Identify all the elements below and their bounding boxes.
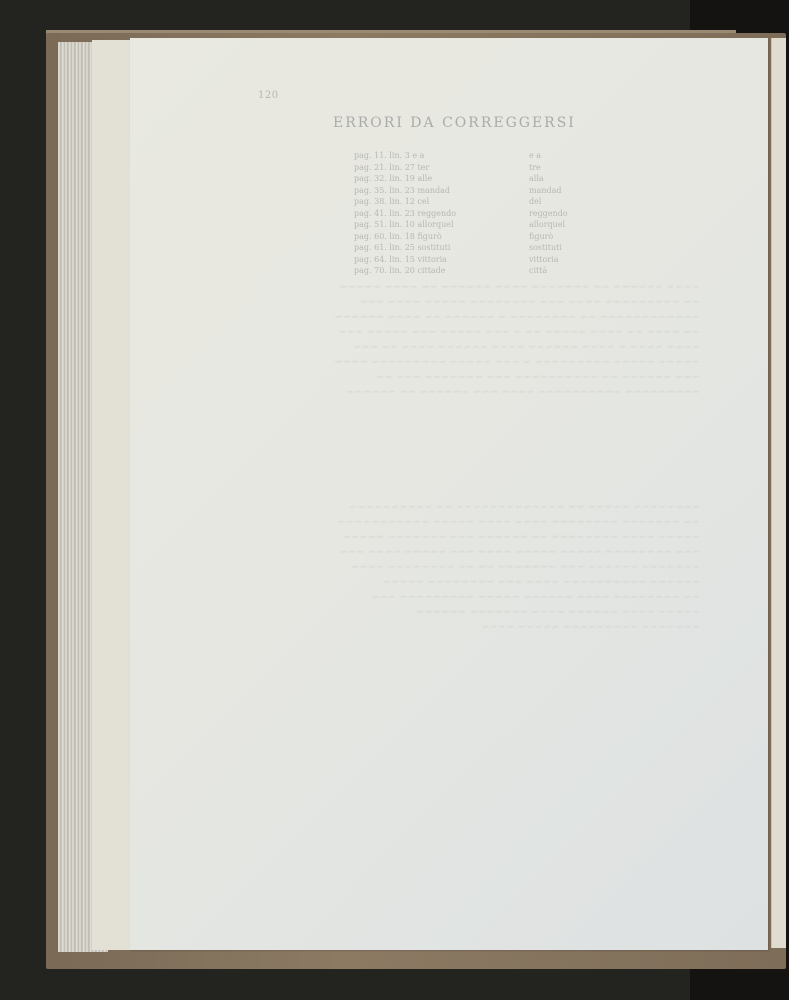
- errata-ref: pag. 70. lin. 20 cittade: [354, 265, 529, 277]
- bleed-line: ~~~ ~~~~~~ ~~ ~~~~~~~~~~ ~~~ ~~~~~~~ ~~~…: [240, 370, 700, 385]
- errata-row: pag. 61. lin. 25 sostitutisostituti: [354, 242, 589, 254]
- errata-row: pag. 60. lin. 18 figuròfigurò: [354, 231, 589, 243]
- bleed-line: ~~~ ~~~~~~~~ ~~~~~ ~~~~~ ~~~~ ~~~ ~~~~~ …: [240, 545, 700, 560]
- bleed-line: ~~~~~ ~~~~~ ~~~~~~~~~ ~ ~~~ ~~~~~ ~~~~~~…: [240, 355, 700, 370]
- bleed-line: ~~ ~~~~ ~~ ~~~~ ~~~~~ ~~ ~ ~~~ ~~~~~ ~~~…: [240, 325, 700, 340]
- bleed-line: ~~~~~ ~~~~ ~~~~~~~~ ~~ ~~~~~~ ~~~ ~~~~~~…: [240, 530, 700, 545]
- errata-ref: pag. 41. lin. 23 reggendo: [354, 208, 529, 220]
- bleed-line: ~~~~~~~~ ~~~~~ ~~ ~~~~~~~~~~~~~ ~~ ~~~~~…: [240, 500, 700, 515]
- errata-table: pag. 11. lin. 3 e ae a pag. 21. lin. 27 …: [354, 150, 589, 277]
- facing-leaf-edge: [92, 40, 135, 950]
- errata-correction: sostituti: [529, 242, 589, 254]
- errata-correction: del: [529, 196, 589, 208]
- errata-row: pag. 21. lin. 27 tertre: [354, 162, 589, 174]
- bleed-through-text-lower: ~~~~~~~~ ~~~~~ ~~ ~~~~~~~~~~~~~ ~~ ~~~~~…: [240, 500, 700, 635]
- bleed-through-text-upper: ~~~~ ~~~~~~ ~~ ~~~~~~~ ~~~~ ~~~~~~ ~~ ~~…: [240, 280, 700, 400]
- bleed-line: ~~~~ ~~~~ ~ ~~~~ ~~~~~~ ~~~~ ~~~~~~ ~~~~…: [240, 340, 700, 355]
- bleed-line: ~~ ~~~~~~~ ~~~~~~~~ ~~~~ ~~~~ ~~~~~ ~~~~…: [240, 515, 700, 530]
- errata-ref: pag. 60. lin. 18 figurò: [354, 231, 529, 243]
- errata-ref: pag. 11. lin. 3 e a: [354, 150, 529, 162]
- bleed-line: ~~~~~ ~~~~ ~~~~~~ ~~~~ ~~~~~~~ ~~~~~~: [240, 605, 700, 620]
- errata-correction: vittoria: [529, 254, 589, 266]
- errata-ref: pag. 38. lin. 12 cel: [354, 196, 529, 208]
- errata-row: pag. 51. lin. 10 allorquelallorquel: [354, 219, 589, 231]
- errata-correction: tre: [529, 162, 589, 174]
- errata-row: pag. 41. lin. 23 reggendoreggendo: [354, 208, 589, 220]
- errata-ref: pag. 51. lin. 10 allorquel: [354, 219, 529, 231]
- errata-correction: alla: [529, 173, 589, 185]
- errata-row: pag. 64. lin. 15 vittoriavittoria: [354, 254, 589, 266]
- page-title: ERRORI DA CORREGGERSI: [333, 115, 576, 131]
- bleed-line: ~~~~~~~~~~~~ ~~ ~~~~~~~~ ~ ~~~~~~ ~~ ~~~…: [240, 310, 700, 325]
- errata-ref: pag. 64. lin. 15 vittoria: [354, 254, 529, 266]
- errata-correction: figurò: [529, 231, 589, 243]
- bleed-line: ~~~~~~~ ~~~~~~~~~ ~~~~~ ~~~~: [240, 620, 700, 635]
- bleed-line: ~~ ~~~~~~~~ ~~~~ ~~~~~~ ~~~~~ ~~~~~~~~~ …: [240, 590, 700, 605]
- errata-ref: pag. 35. lin. 23 mandad: [354, 185, 529, 197]
- bleed-line: ~~~~~~~ ~~~~~~ ~~~ ~~~~~~~ ~~ ~~ ~~~~~~~…: [240, 560, 700, 575]
- errata-row: pag. 11. lin. 3 e ae a: [354, 150, 589, 162]
- bleed-line: ~~ ~~~~~~~~~ ~~~~ ~~~ ~~~~~~~~ ~~~~~ ~~~…: [240, 295, 700, 310]
- page-number: 120: [258, 90, 279, 101]
- errata-row: pag. 35. lin. 23 mandadmandad: [354, 185, 589, 197]
- errata-correction: e a: [529, 150, 589, 162]
- errata-ref: pag. 32. lin. 19 alle: [354, 173, 529, 185]
- errata-ref: pag. 61. lin. 25 sostituti: [354, 242, 529, 254]
- errata-row: pag. 32. lin. 19 allealla: [354, 173, 589, 185]
- errata-correction: mandad: [529, 185, 589, 197]
- next-leaf-edge: [771, 38, 786, 948]
- bleed-line: ~~~~~~~~~ ~~~~~~~~~~ ~~~~ ~~~ ~~~~~~ ~~ …: [240, 385, 700, 400]
- errata-correction: città: [529, 265, 589, 277]
- errata-ref: pag. 21. lin. 27 ter: [354, 162, 529, 174]
- errata-correction: allorquel: [529, 219, 589, 231]
- errata-correction: reggendo: [529, 208, 589, 220]
- errata-row: pag. 38. lin. 12 celdel: [354, 196, 589, 208]
- bleed-line: ~~~~ ~~~~~~ ~~ ~~~~~~~ ~~~~ ~~~~~~ ~~ ~~…: [240, 280, 700, 295]
- bleed-line: ~~~~~~ ~~~~~~~~~~ ~~~~ ~~~ ~~~~~~~~ ~~~~…: [240, 575, 700, 590]
- errata-row: pag. 70. lin. 20 cittadecittà: [354, 265, 589, 277]
